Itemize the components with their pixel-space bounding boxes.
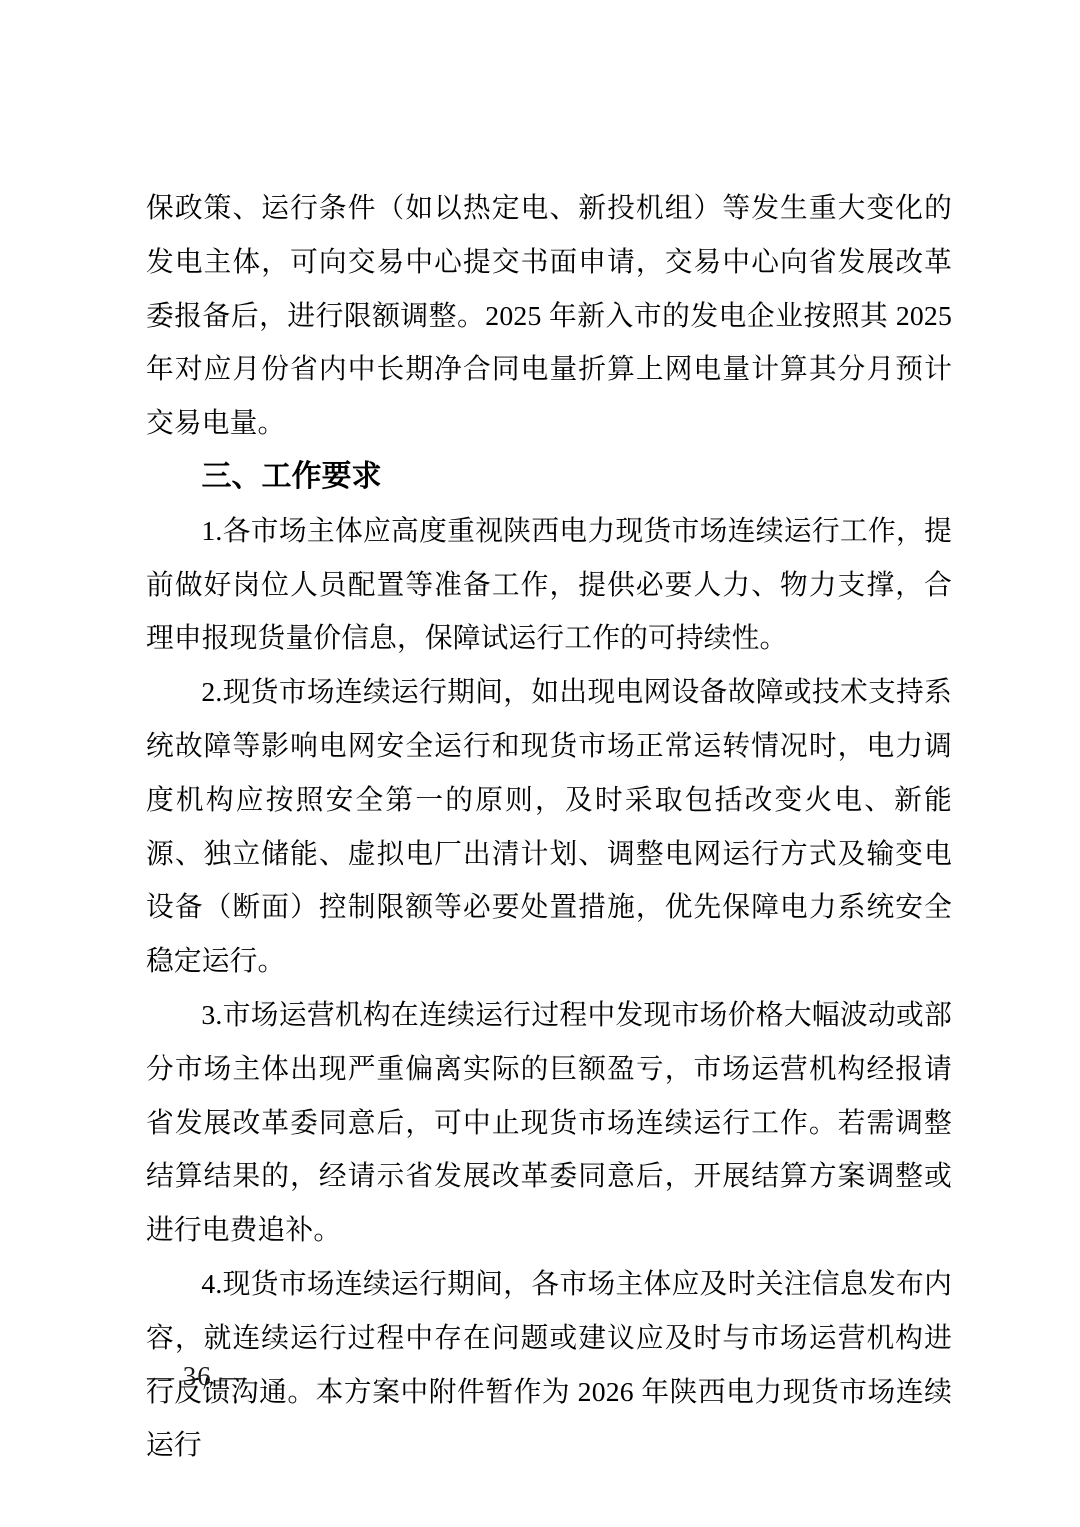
paragraph-work-requirement-3: 3.市场运营机构在连续运行过程中发现市场价格大幅波动或部分市场主体出现严重偏离实… <box>146 988 952 1257</box>
page-number: — 36 — <box>147 1361 248 1391</box>
page-footer: — 36 — <box>147 1356 248 1396</box>
paragraph-work-requirement-2: 2.现货市场连续运行期间，如出现电网设备故障或技术支持系统故障等影响电网安全运行… <box>146 665 952 988</box>
paragraph-continuation: 保政策、运行条件（如以热定电、新投机组）等发生重大变化的发电主体，可向交易中心提… <box>146 181 952 450</box>
paragraph-work-requirement-4: 4.现货市场连续运行期间，各市场主体应及时关注信息发布内容，就连续运行过程中存在… <box>146 1257 952 1472</box>
document-page: 保政策、运行条件（如以热定电、新投机组）等发生重大变化的发电主体，可向交易中心提… <box>0 0 1080 1527</box>
section-heading: 三、工作要求 <box>146 450 952 504</box>
paragraph-work-requirement-1: 1.各市场主体应高度重视陕西电力现货市场连续运行工作，提前做好岗位人员配置等准备… <box>146 504 952 665</box>
document-body: 保政策、运行条件（如以热定电、新投机组）等发生重大变化的发电主体，可向交易中心提… <box>146 181 952 1472</box>
